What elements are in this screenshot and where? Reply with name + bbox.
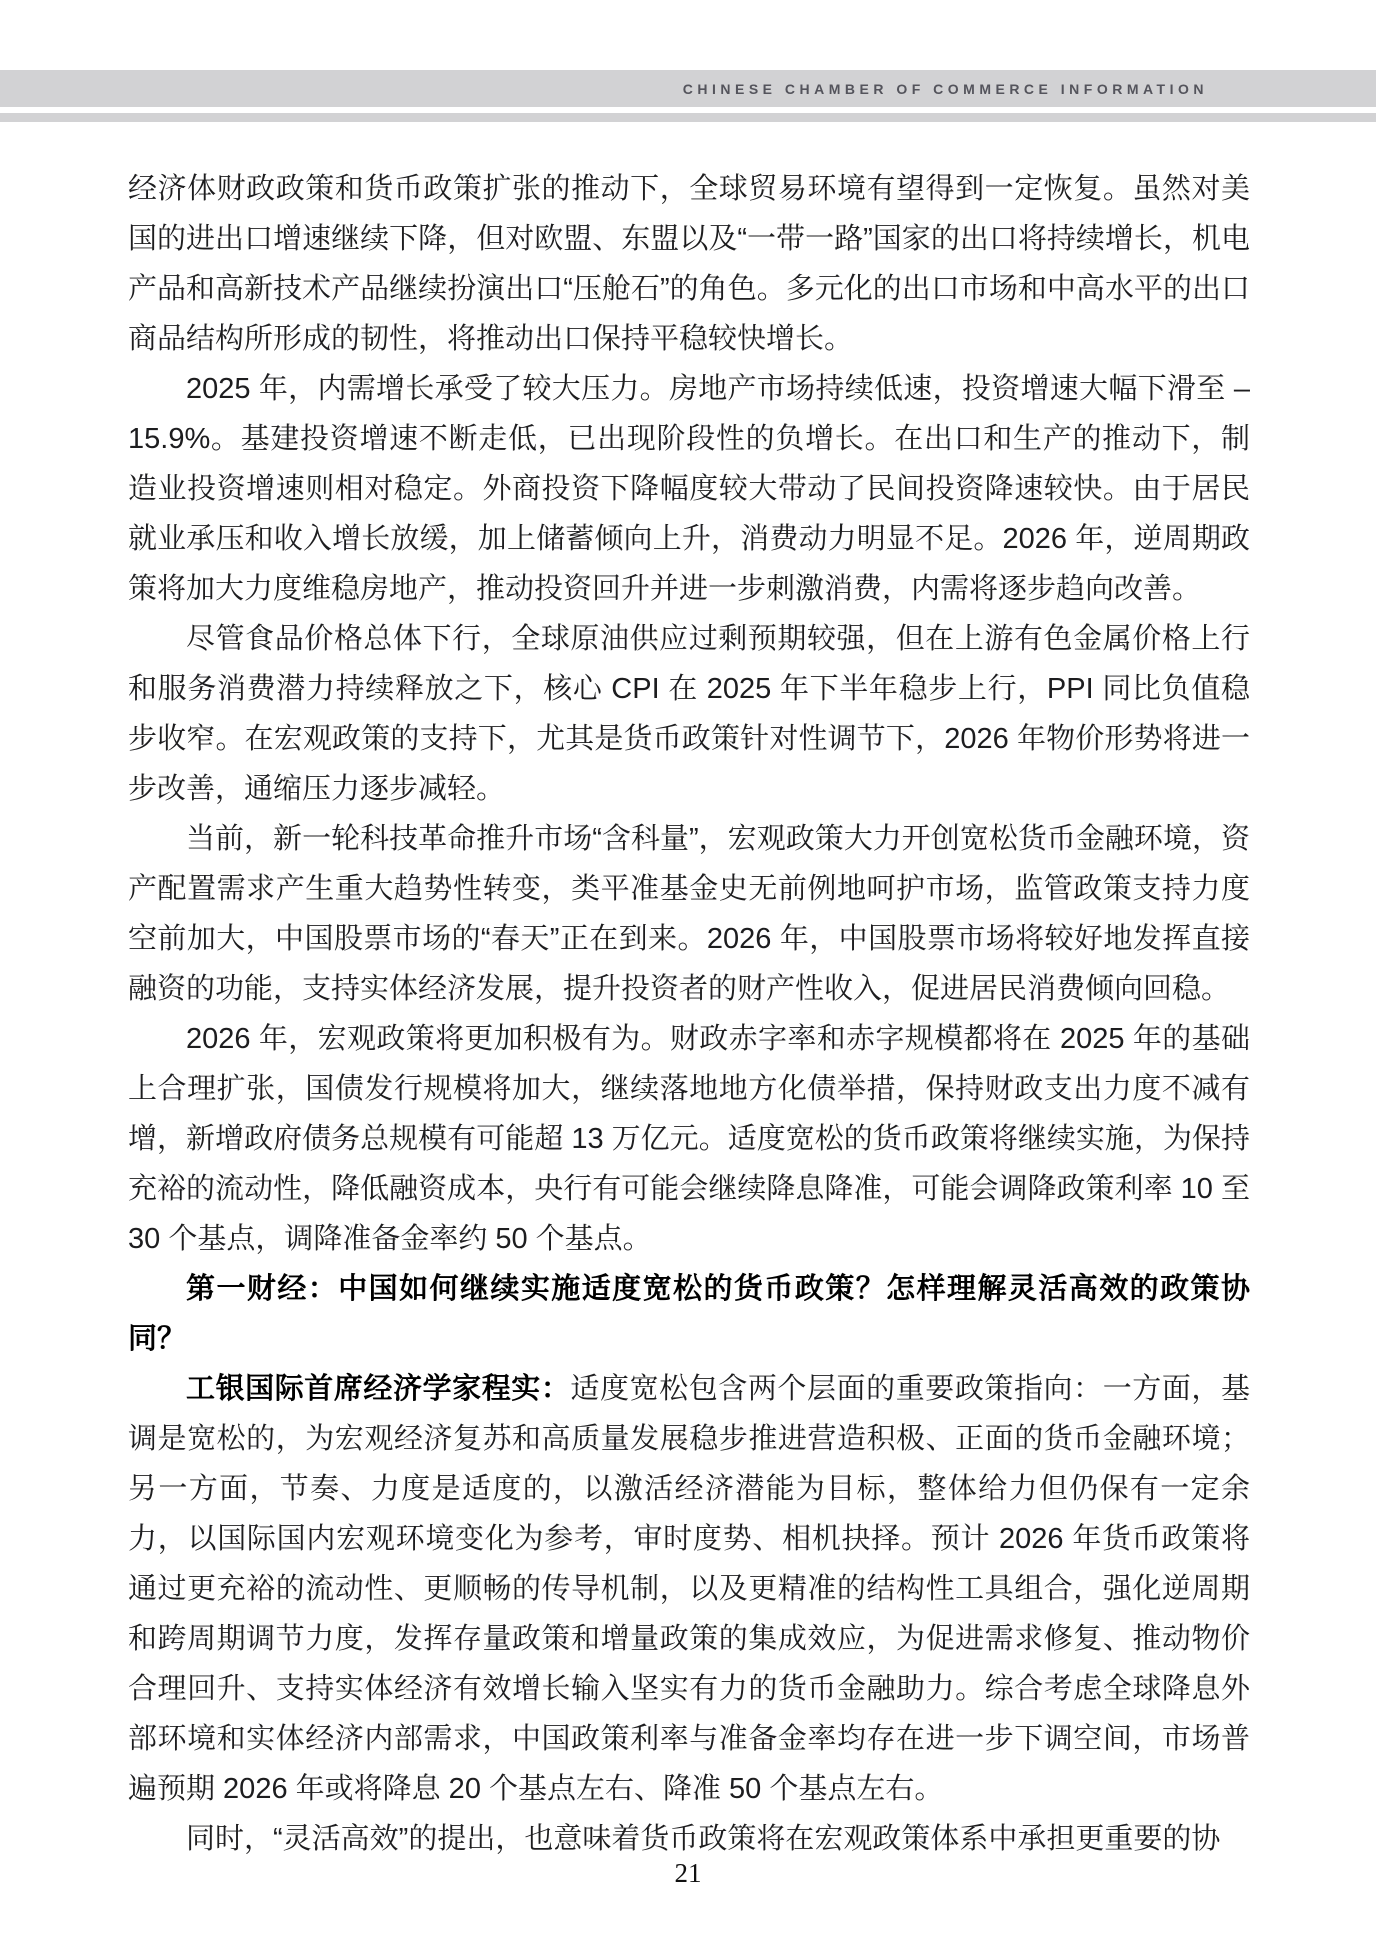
body-paragraph: 尽管食品价格总体下行，全球原油供应过剩预期较强，但在上游有色金属价格上行和服务消… xyxy=(128,614,1250,814)
page-number: 21 xyxy=(0,1858,1376,1889)
header-title: CHINESE CHAMBER OF COMMERCE INFORMATION xyxy=(683,81,1208,97)
body-paragraph: 同时，“灵活高效”的提出，也意味着货币政策将在宏观政策体系中承担更重要的协 xyxy=(128,1814,1250,1864)
question-heading: 第一财经：中国如何继续实施适度宽松的货币政策？怎样理解灵活高效的政策协同？ xyxy=(128,1264,1250,1364)
body-paragraph: 经济体财政政策和货币政策扩张的推动下，全球贸易环境有望得到一定恢复。虽然对美国的… xyxy=(128,164,1250,364)
body-paragraph: 工银国际首席经济学家程实：适度宽松包含两个层面的重要政策指向：一方面，基调是宽松… xyxy=(128,1364,1250,1814)
body-paragraph: 2026 年，宏观政策将更加积极有为。财政赤字率和赤字规模都将在 2025 年的… xyxy=(128,1014,1250,1264)
document-page: CHINESE CHAMBER OF COMMERCE INFORMATION … xyxy=(0,0,1376,1943)
header-band-thin xyxy=(0,113,1376,122)
body-paragraph: 2025 年，内需增长承受了较大压力。房地产市场持续低速，投资增速大幅下滑至 –… xyxy=(128,364,1250,614)
body-paragraph: 当前，新一轮科技革命推升市场“含科量”，宏观政策大力开创宽松货币金融环境，资产配… xyxy=(128,814,1250,1014)
document-body: 经济体财政政策和货币政策扩张的推动下，全球贸易环境有望得到一定恢复。虽然对美国的… xyxy=(128,164,1250,1864)
header-band: CHINESE CHAMBER OF COMMERCE INFORMATION xyxy=(0,70,1376,107)
speaker-name: 工银国际首席经济学家程实： xyxy=(186,1373,570,1405)
